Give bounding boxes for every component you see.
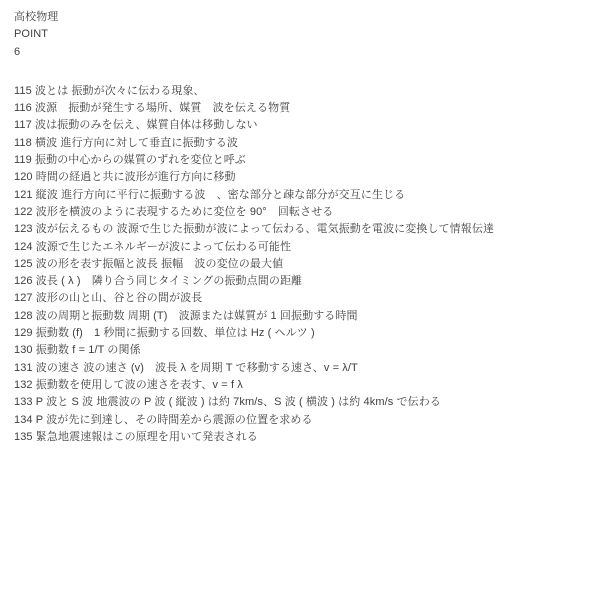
note-line-126: 126 波長 ( λ ) 隣り合う同じタイミングの振動点間の距離 xyxy=(14,273,587,290)
section-number: 6 xyxy=(14,44,587,61)
note-line-133: 133 P 波と S 波 地震波の P 波 ( 縦波 ) は約 7km/s、S … xyxy=(14,394,587,411)
note-line-121: 121 縦波 進行方向に平行に振動する波 、密な部分と疎な部分が交互に生じる xyxy=(14,187,587,204)
note-line-129: 129 振動数 (f) 1 秒間に振動する回数、単位は Hz ( ヘルツ ) xyxy=(14,325,587,342)
section-label: POINT xyxy=(14,26,587,43)
note-line-119: 119 振動の中心からの媒質のずれを変位と呼ぶ xyxy=(14,152,587,169)
document-header: 高校物理 POINT 6 xyxy=(14,9,587,61)
note-line-120: 120 時間の経過と共に波形が進行方向に移動 xyxy=(14,169,587,186)
note-line-132: 132 振動数を使用して波の速さを表す、v = f λ xyxy=(14,377,587,394)
note-line-131: 131 波の速さ 波の速さ (v) 波長 λ を周期 T で移動する速さ、v =… xyxy=(14,360,587,377)
note-line-115: 115 波とは 振動が次々に伝わる現象、 xyxy=(14,83,587,100)
note-line-134: 134 P 波が先に到達し、その時間差から震源の位置を求める xyxy=(14,412,587,429)
note-line-128: 128 波の周期と振動数 周期 (T) 波源または媒質が 1 回振動する時間 xyxy=(14,308,587,325)
notes-list: 115 波とは 振動が次々に伝わる現象、 116 波源 振動が発生する場所、媒質… xyxy=(14,83,587,446)
note-line-123: 123 波が伝えるもの 波源で生じた振動が波によって伝わる、電気振動を電波に変換… xyxy=(14,221,587,238)
course-title: 高校物理 xyxy=(14,9,587,26)
note-line-117: 117 波は振動のみを伝え、媒質自体は移動しない xyxy=(14,117,587,134)
note-line-130: 130 振動数 f = 1/T の関係 xyxy=(14,342,587,359)
note-line-124: 124 波源で生じたエネルギーが波によって伝わる可能性 xyxy=(14,239,587,256)
document-page: 高校物理 POINT 6 115 波とは 振動が次々に伝わる現象、 116 波源… xyxy=(0,0,595,600)
note-line-127: 127 波形の山と山、谷と谷の間が波長 xyxy=(14,290,587,307)
note-line-122: 122 波形を横波のように表現するために変位を 90° 回転させる xyxy=(14,204,587,221)
note-line-116: 116 波源 振動が発生する場所、媒質 波を伝える物質 xyxy=(14,100,587,117)
note-line-118: 118 横波 進行方向に対して垂直に振動する波 xyxy=(14,135,587,152)
note-line-125: 125 波の形を表す振幅と波長 振幅 波の変位の最大値 xyxy=(14,256,587,273)
note-line-135: 135 緊急地震速報はこの原理を用いて発表される xyxy=(14,429,587,446)
